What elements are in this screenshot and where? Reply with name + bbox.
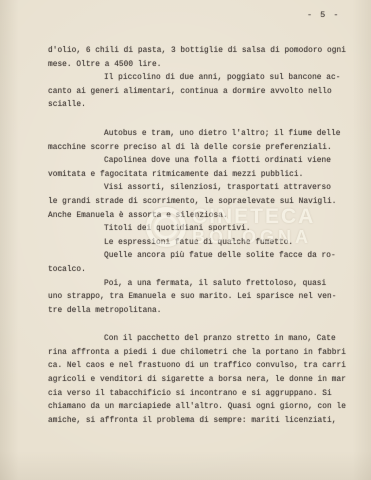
- text-line: d'olio, 6 chili di pasta, 3 bottiglie di…: [48, 45, 348, 59]
- text-line: tre della metropolitana.: [48, 305, 348, 319]
- text-line: agricoli e venditori di sigarette a bors…: [48, 374, 348, 388]
- text-line: Capolinea dove una folla a fiotti ordina…: [48, 155, 348, 169]
- text-line: Titoli dei quotidiani sportivi.: [48, 223, 348, 237]
- scanned-typewritten-page: - 5 - d'olio, 6 chili di pasta, 3 bottig…: [0, 0, 371, 480]
- text-line: mese. Oltre a 4500 lire.: [48, 59, 348, 73]
- paragraph: Titoli dei quotidiani sportivi.: [48, 223, 348, 237]
- text-line: amiche, si affronta il problema di sempr…: [48, 415, 348, 429]
- text-line: Quelle ancora più fatue delle solite fac…: [48, 250, 348, 264]
- text-line: rina affronta a piedi i due chilometri c…: [48, 347, 348, 361]
- text-line: tocalco.: [48, 264, 348, 278]
- text-line: Le espressioni fatue di qualche fumetto.: [48, 237, 348, 251]
- text-line: cia verso il tabacchificio si incontrano…: [48, 388, 348, 402]
- text-line: vomitata e fagocitata ritmicamente dai m…: [48, 169, 348, 183]
- paragraph: Capolinea dove una folla a fiotti ordina…: [48, 155, 348, 182]
- paragraph: Autobus e tram, uno dietro l'altro; il f…: [48, 128, 348, 155]
- text-line: ca. Nel caos e nel frastuono di un traff…: [48, 360, 348, 374]
- text-line: Il piccolino di due anni, poggiato sul b…: [48, 72, 348, 86]
- paragraph: Le espressioni fatue di qualche fumetto.: [48, 237, 348, 251]
- paragraph: Visi assorti, silenziosi, trasportati at…: [48, 182, 348, 223]
- text-line: scialle.: [48, 99, 348, 113]
- text-line: Anche Emanuela è assorta e silenziosa.: [48, 210, 348, 224]
- paragraph: Quelle ancora più fatue delle solite fac…: [48, 250, 348, 277]
- text-line: Con il pacchetto del pranzo stretto in m…: [48, 333, 348, 347]
- text-line: chiamano da un marciapiede all'altro. Qu…: [48, 401, 348, 415]
- text-line: le grandi strade di scorrimento, le sopr…: [48, 196, 348, 210]
- text-line: macchine scorre preciso al di là delle c…: [48, 142, 348, 156]
- text-line: Visi assorti, silenziosi, trasportati at…: [48, 182, 348, 196]
- paragraph: Poi, a una fermata, il saluto frettoloso…: [48, 278, 348, 319]
- typewritten-text-block: d'olio, 6 chili di pasta, 3 bottiglie di…: [48, 45, 348, 428]
- text-line: uno strappo, tra Emanuela e suo marito. …: [48, 291, 348, 305]
- paragraph: Il piccolino di due anni, poggiato sul b…: [48, 72, 348, 113]
- paragraph: d'olio, 6 chili di pasta, 3 bottiglie di…: [48, 45, 348, 72]
- text-line: Poi, a una fermata, il saluto frettoloso…: [48, 278, 348, 292]
- page-number: - 5 -: [307, 10, 340, 20]
- paragraph: Con il pacchetto del pranzo stretto in m…: [48, 333, 348, 428]
- text-line: canto ai generi alimentari, continua a d…: [48, 86, 348, 100]
- text-line: Autobus e tram, uno dietro l'altro; il f…: [48, 128, 348, 142]
